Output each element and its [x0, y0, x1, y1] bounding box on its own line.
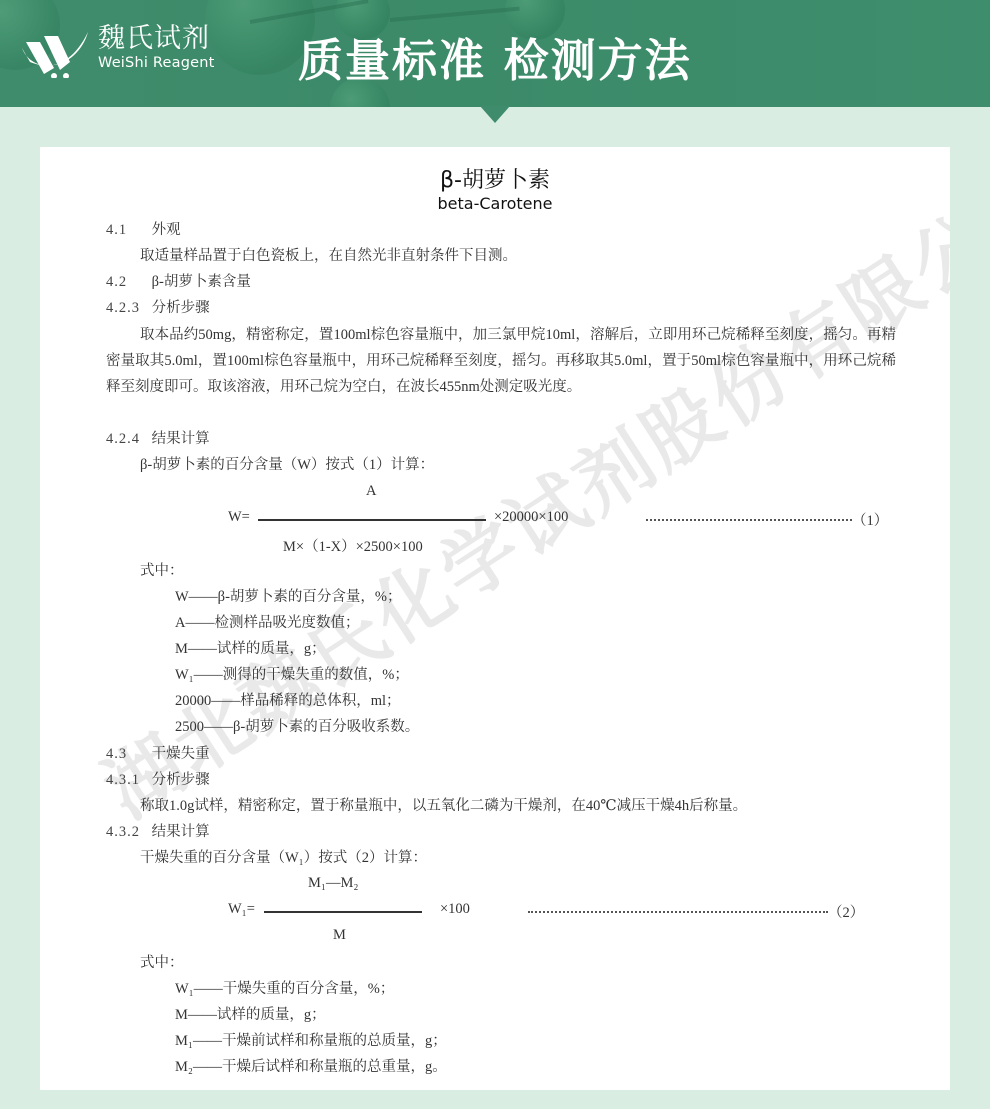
definition-item: W——β-胡萝卜素的百分含量，%； — [175, 587, 401, 607]
formula-intro-2: 干燥失重的百分含量（W₁）按式（2）计算： — [140, 848, 427, 868]
section-title: 分析步骤 — [152, 300, 210, 316]
section-title: 干燥失重 — [152, 746, 210, 762]
section-heading-4-1: 4.1 外观 — [106, 220, 181, 240]
formula-1-lhs: W= — [228, 509, 250, 526]
section-number: 4.2.4 — [106, 429, 148, 449]
formula-2-equation-number: （2） — [828, 901, 864, 922]
formula-2-numerator: M₁—M₂ — [308, 875, 358, 892]
definition-item: 2500——β-胡萝卜素的百分吸收系数。 — [175, 717, 419, 737]
section-title: 结果计算 — [152, 824, 210, 840]
section-title: 外观 — [152, 222, 181, 238]
formula-2-lhs: W₁= — [228, 901, 255, 918]
section-body-4-2-3: 取本品约50mg，精密称定，置100ml棕色容量瓶中，加三氯甲烷10ml，溶解后… — [106, 322, 896, 400]
section-heading-4-2-4: 4.2.4 结果计算 — [106, 429, 210, 449]
section-title: β-胡萝卜素含量 — [152, 274, 251, 290]
section-heading-4-3: 4.3 干燥失重 — [106, 744, 210, 764]
definition-item: 20000——样品稀释的总体积，ml； — [175, 691, 401, 711]
definition-item: M——试样的质量，g； — [175, 639, 326, 659]
document-title: β-胡萝卜素 — [40, 163, 950, 194]
formula-2-denominator: M — [333, 927, 346, 944]
formula-1-fraction-bar — [258, 519, 486, 521]
section-number: 4.1 — [106, 220, 148, 240]
where-label-1: 式中： — [140, 561, 184, 581]
logo-chinese-name: 魏氏试剂 — [98, 25, 215, 52]
header-banner: 魏氏试剂 WeiShi Reagent 质量标准 检测方法 — [0, 0, 990, 107]
decorative-bond — [390, 7, 520, 22]
document-card: 湖北魏氏化学试剂股份有限公司 β-胡萝卜素 beta-Carotene 4.1 … — [40, 147, 950, 1090]
formula-1-equation-number: （1） — [852, 509, 888, 530]
section-title: 分析步骤 — [152, 772, 210, 788]
formula-1-numerator: A — [366, 483, 376, 500]
section-title: 结果计算 — [152, 431, 210, 447]
definition-item: W₁——测得的干燥失重的数值，%； — [175, 665, 409, 685]
section-body-4-3-1: 称取1.0g试样，精密称定，置于称量瓶中，以五氧化二磷为干燥剂，在40℃减压干燥… — [140, 796, 747, 816]
banner-pointer-arrow — [480, 106, 510, 123]
definition-item: M——试样的质量，g； — [175, 1005, 326, 1025]
definition-item: M₂——干燥后试样和称量瓶的总重量，g。 — [175, 1057, 447, 1077]
formula-2-multiplier: ×100 — [440, 901, 470, 918]
section-number: 4.2 — [106, 272, 148, 292]
formula-intro-1: β-胡萝卜素的百分含量（W）按式（1）计算： — [140, 455, 434, 475]
where-label-2: 式中： — [140, 953, 184, 973]
section-number: 4.3.2 — [106, 822, 148, 842]
section-number: 4.2.3 — [106, 298, 148, 318]
weishi-logo-icon — [20, 18, 92, 78]
brand-logo: 魏氏试剂 WeiShi Reagent — [20, 18, 215, 78]
section-heading-4-3-1: 4.3.1 分析步骤 — [106, 770, 210, 790]
definition-item: W₁——干燥失重的百分含量，%； — [175, 979, 394, 999]
section-number: 4.3 — [106, 744, 148, 764]
page-title: 质量标准 检测方法 — [298, 24, 692, 89]
formula-1-denominator: M×（1-X）×2500×100 — [283, 535, 423, 556]
section-heading-4-2-3: 4.2.3 分析步骤 — [106, 298, 210, 318]
formula-2-fraction-bar — [264, 911, 422, 913]
logo-english-name: WeiShi Reagent — [98, 56, 215, 71]
formula-1-leader-dots — [646, 519, 852, 521]
section-number: 4.3.1 — [106, 770, 148, 790]
definition-item: A——检测样品吸光度数值； — [175, 613, 359, 633]
section-body-4-1: 取适量样品置于白色瓷板上，在自然光非直射条件下目测。 — [140, 246, 517, 266]
definition-item: M₁——干燥前试样和称量瓶的总质量，g； — [175, 1031, 447, 1051]
section-heading-4-2: 4.2 β-胡萝卜素含量 — [106, 272, 251, 292]
document-subtitle: beta-Carotene — [40, 194, 950, 213]
formula-2-leader-dots — [528, 911, 828, 913]
section-heading-4-3-2: 4.3.2 结果计算 — [106, 822, 210, 842]
formula-1-multiplier: ×20000×100 — [494, 509, 568, 526]
